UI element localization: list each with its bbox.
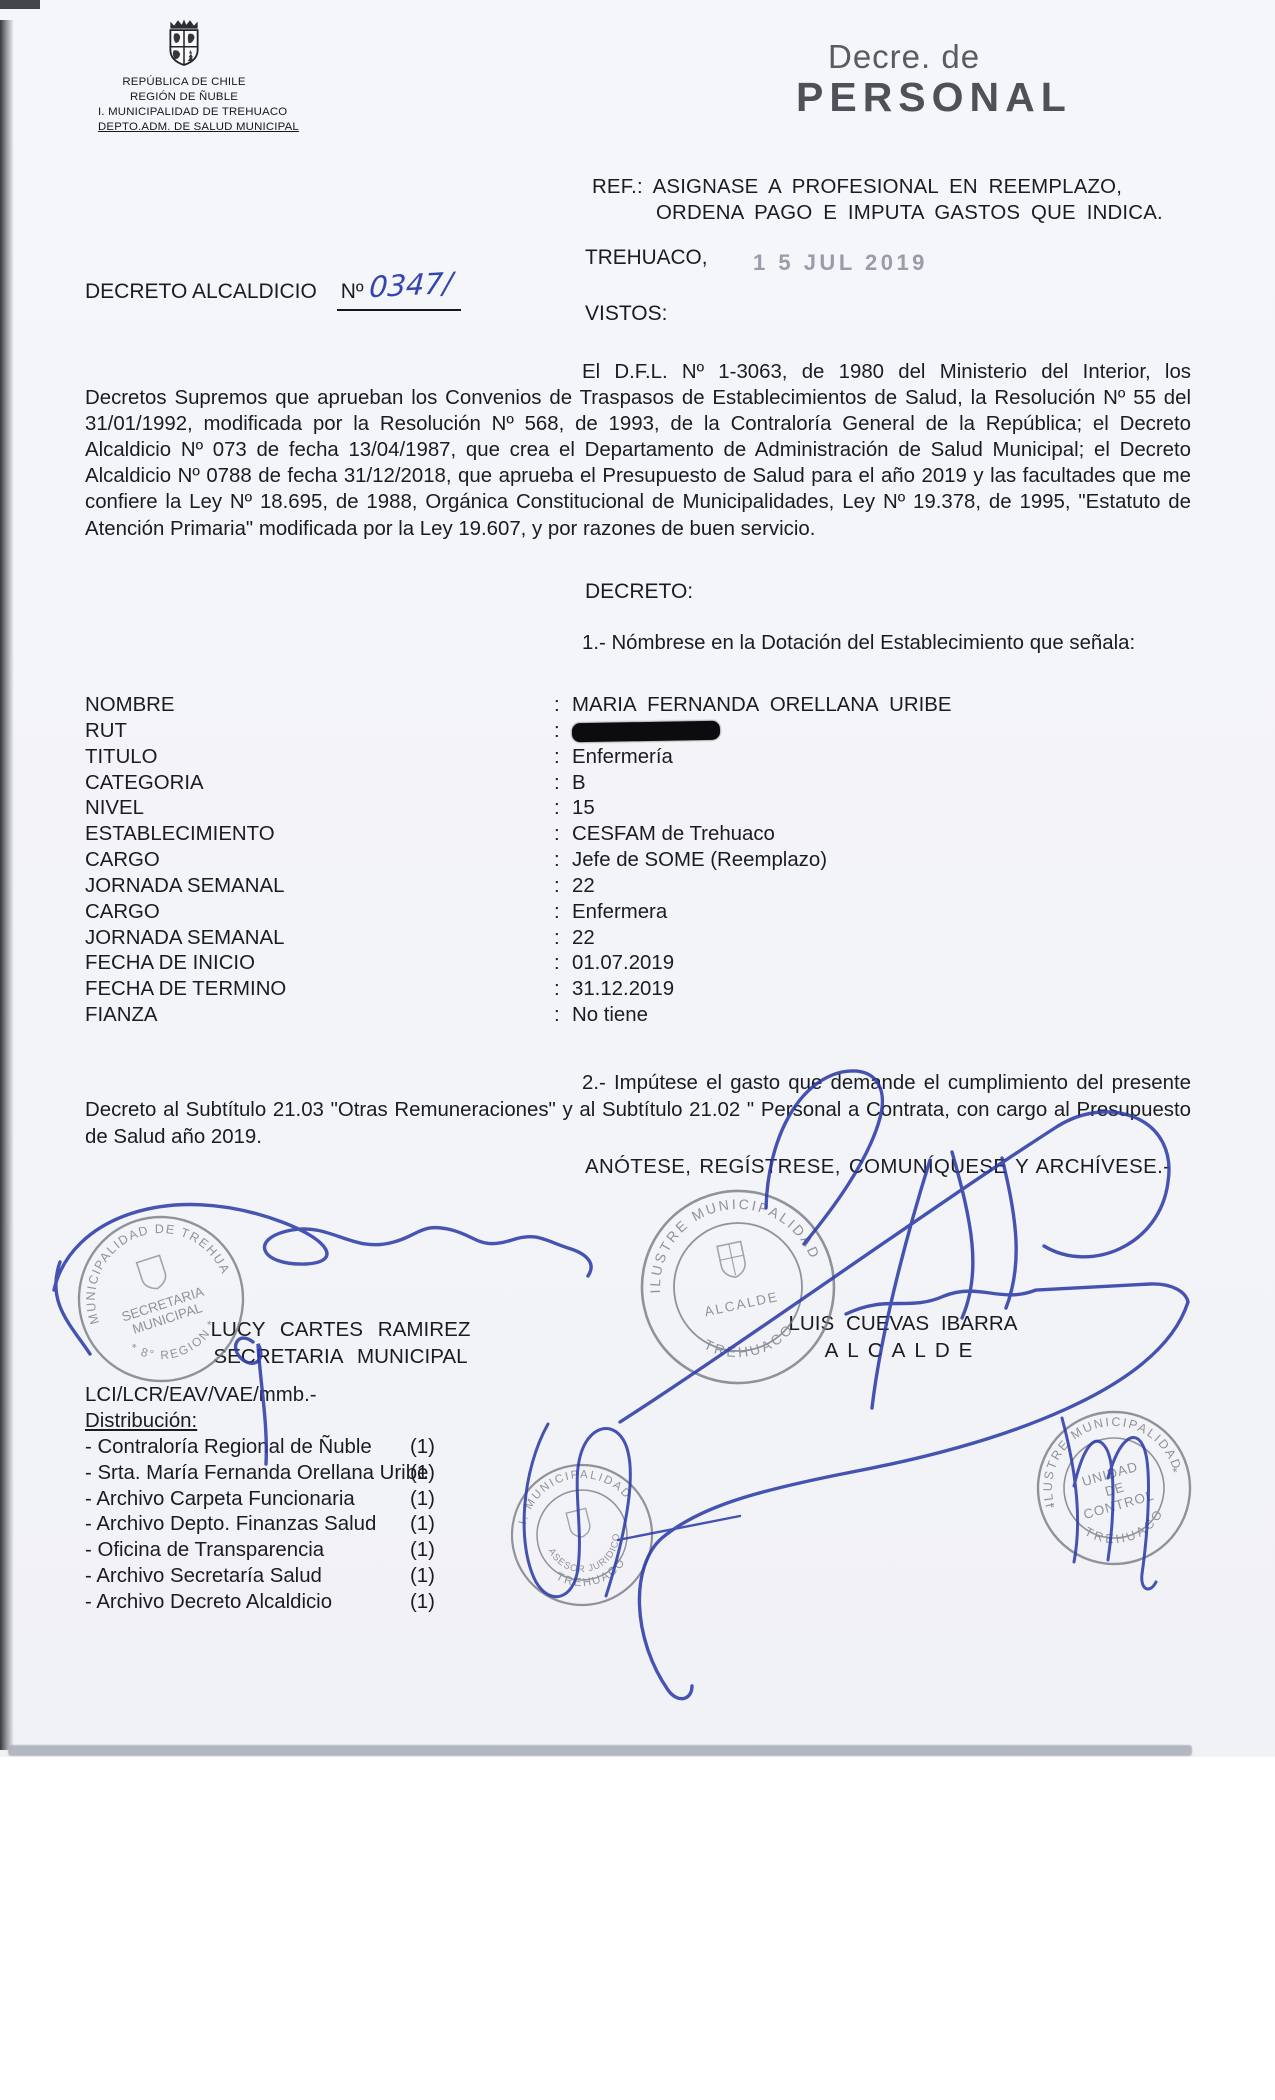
decree-label: DECRETO ALCALDICIO [85, 280, 317, 303]
field-value: Enfermera [572, 901, 1191, 924]
recipient: - Archivo Decreto Alcaldicio [85, 1591, 410, 1617]
scan-corner-artifact [0, 0, 40, 9]
scan-bottom-shadow [8, 1745, 1192, 1756]
municipal-coat-of-arms [161, 18, 207, 68]
table-row: FIANZA : No tiene [85, 1004, 1191, 1030]
field-label: CARGO [85, 901, 554, 924]
colon-separator: : [554, 901, 572, 924]
field-value: 31.12.2019 [572, 978, 1191, 1001]
svg-text:TREHUACO: TREHUACO [699, 1318, 801, 1369]
field-label: JORNADA SEMANAL [85, 875, 554, 898]
recipient: - Srta. María Fernanda Orellana Uribe [85, 1462, 410, 1488]
decreto-heading: DECRETO: [585, 580, 693, 604]
table-row: NIVEL : 15 [85, 797, 1191, 823]
stamp-arc-text: ILUSTRE MUNICIPALIDAD [631, 1179, 825, 1296]
closing-formula: ANÓTESE, REGÍSTRESE, COMUNÍQUESE Y ARCHÍ… [585, 1156, 1170, 1179]
decree-number-prefix: Nº [341, 280, 364, 303]
table-row: RUT : [85, 720, 1191, 746]
table-row: FECHA DE INICIO : 01.07.2019 [85, 952, 1191, 978]
table-row: CATEGORIA : B [85, 772, 1191, 798]
table-row: JORNADA SEMANAL : 22 [85, 927, 1191, 953]
doc-type-stamp-line1: Decre. de [828, 38, 980, 76]
letterhead: REPÚBLICA DE CHILE REGIÓN DE ÑUBLE I. MU… [98, 18, 270, 133]
copies-count: (1) [410, 1591, 505, 1617]
field-value: CESFAM de Trehuaco [572, 823, 1191, 846]
field-value: 01.07.2019 [572, 952, 1191, 975]
list-item: - Archivo Depto. Finanzas Salud (1) [85, 1513, 505, 1539]
secretaria-municipal-stamp: I. MUNICIPALIDAD DE TREHUACO * 8° REGION… [53, 1191, 270, 1408]
copies-count: (1) [410, 1462, 505, 1488]
colon-separator: : [554, 797, 572, 820]
letterhead-line-3: I. MUNICIPALIDAD DE TREHUACO [98, 106, 270, 118]
table-row: NOMBRE : MARIA FERNANDA ORELLANA URIBE [85, 694, 1191, 720]
doc-type-stamp-line2: PERSONAL [796, 74, 1072, 121]
recipient: - Oficina de Transparencia [85, 1539, 410, 1565]
list-item: - Contraloría Regional de Ñuble (1) [85, 1436, 505, 1462]
field-value: B [572, 772, 1191, 795]
table-row: ESTABLECIMIENTO : CESFAM de Trehuaco [85, 823, 1191, 849]
field-value: 15 [572, 797, 1191, 820]
field-value: Enfermería [572, 746, 1191, 769]
copies-count: (1) [410, 1565, 505, 1591]
recipient: - Archivo Secretaría Salud [85, 1565, 410, 1591]
stamp-arc-text: TREHUACO [699, 1318, 801, 1369]
recipient: - Archivo Carpeta Funcionaria [85, 1488, 410, 1514]
field-value: Jefe de SOME (Reemplazo) [572, 849, 1191, 872]
field-label: RUT [85, 720, 554, 743]
colon-separator: : [554, 694, 572, 717]
field-label: NOMBRE [85, 694, 554, 717]
signature-stroke [872, 1160, 930, 1408]
colon-separator: : [554, 875, 572, 898]
stamp-center-text: ALCALDE [703, 1289, 780, 1319]
copies-count: (1) [410, 1539, 505, 1565]
colon-separator: : [554, 849, 572, 872]
asesor-juridico-stamp: I. MUNICIPALIDAD TREHUACO ASESOR JURIDIC… [494, 1447, 671, 1624]
field-value: 22 [572, 927, 1191, 950]
colon-separator: : [554, 823, 572, 846]
list-item: - Archivo Decreto Alcaldicio (1) [85, 1591, 505, 1617]
distribution-list: - Contraloría Regional de Ñuble (1) - Sr… [85, 1436, 505, 1617]
colon-separator: : [554, 952, 572, 975]
table-row: JORNADA SEMANAL : 22 [85, 875, 1191, 901]
table-row: CARGO : Enfermera [85, 901, 1191, 927]
vistos-paragraph: El D.F.L. Nº 1-3063, de 1980 del Ministe… [85, 359, 1191, 542]
decreto-point-2: 2.- Impútese el gasto que demande el cum… [85, 1070, 1191, 1151]
field-label: CATEGORIA [85, 772, 554, 795]
field-label: JORNADA SEMANAL [85, 927, 554, 950]
decree-number-line: DECRETO ALCALDICIO Nº 0347/ [85, 271, 461, 311]
date-stamp: 1 5 JUL 2019 [753, 250, 928, 276]
recipient: - Contraloría Regional de Ñuble [85, 1436, 410, 1462]
letterhead-line-1: REPÚBLICA DE CHILE [98, 76, 270, 88]
field-label: FECHA DE TERMINO [85, 978, 554, 1001]
colon-separator: : [554, 720, 572, 743]
copies-count: (1) [410, 1436, 505, 1462]
letterhead-line-2: REGIÓN DE ÑUBLE [98, 91, 270, 103]
unidad-de-control-stamp: ILUSTRE MUNICIPALIDAD TREHUACO * * UNIDA… [1015, 1389, 1213, 1587]
appointment-record: NOMBRE : MARIA FERNANDA ORELLANA URIBE R… [85, 694, 1191, 1030]
field-value: MARIA FERNANDA ORELLANA URIBE [572, 694, 1191, 717]
field-label: ESTABLECIMIENTO [85, 823, 554, 846]
decree-number-handwritten: 0347/ [368, 266, 454, 305]
scan-edge-shadow [0, 20, 14, 1750]
svg-text:ILUSTRE MUNICIPALIDAD: ILUSTRE MUNICIPALIDAD [631, 1179, 825, 1296]
list-item: - Archivo Carpeta Funcionaria (1) [85, 1488, 505, 1514]
decree-number-underline: Nº 0347/ [337, 271, 461, 311]
list-item: - Archivo Secretaría Salud (1) [85, 1565, 505, 1591]
reference-line-2: ORDENA PAGO E IMPUTA GASTOS QUE INDICA. [656, 200, 1172, 226]
letterhead-line-4: DEPTO.ADM. DE SALUD MUNICIPAL [98, 121, 270, 133]
scanned-decree-document: REPÚBLICA DE CHILE REGIÓN DE ÑUBLE I. MU… [0, 0, 1275, 2100]
list-item: - Oficina de Transparencia (1) [85, 1539, 505, 1565]
field-label: FIANZA [85, 1004, 554, 1027]
colon-separator: : [554, 978, 572, 1001]
vistos-heading: VISTOS: [585, 302, 667, 326]
colon-separator: : [554, 772, 572, 795]
field-label: FECHA DE INICIO [85, 952, 554, 975]
reference-block: REF.: ASIGNASE A PROFESIONAL EN REEMPLAZ… [592, 174, 1172, 226]
table-row: FECHA DE TERMINO : 31.12.2019 [85, 978, 1191, 1004]
rut-redaction-bar [572, 721, 720, 743]
colon-separator: : [554, 927, 572, 950]
field-value: 22 [572, 875, 1191, 898]
colon-separator: : [554, 746, 572, 769]
field-label: TITULO [85, 746, 554, 769]
copies-count: (1) [410, 1488, 505, 1514]
table-row: TITULO : Enfermería [85, 746, 1191, 772]
decreto-point-1: 1.- Nómbrese en la Dotación del Establec… [85, 630, 1191, 657]
scan-paper-area: REPÚBLICA DE CHILE REGIÓN DE ÑUBLE I. MU… [0, 0, 1275, 1757]
field-label: NIVEL [85, 797, 554, 820]
signature-stroke [846, 1284, 1188, 1314]
list-item: - Srta. María Fernanda Orellana Uribe (1… [85, 1462, 505, 1488]
copies-count: (1) [410, 1513, 505, 1539]
colon-separator: : [554, 1004, 572, 1027]
place-label: TREHUACO, [585, 246, 707, 270]
distribution-heading: Distribución: [85, 1410, 197, 1433]
alcalde-stamp: ILUSTRE MUNICIPALIDAD TREHUACO ALCALDE [619, 1168, 856, 1405]
field-value: No tiene [572, 1004, 1191, 1027]
table-row: CARGO : Jefe de SOME (Reemplazo) [85, 849, 1191, 875]
reference-line-1: REF.: ASIGNASE A PROFESIONAL EN REEMPLAZ… [592, 174, 1172, 200]
recipient: - Archivo Depto. Finanzas Salud [85, 1513, 410, 1539]
field-label: CARGO [85, 849, 554, 872]
